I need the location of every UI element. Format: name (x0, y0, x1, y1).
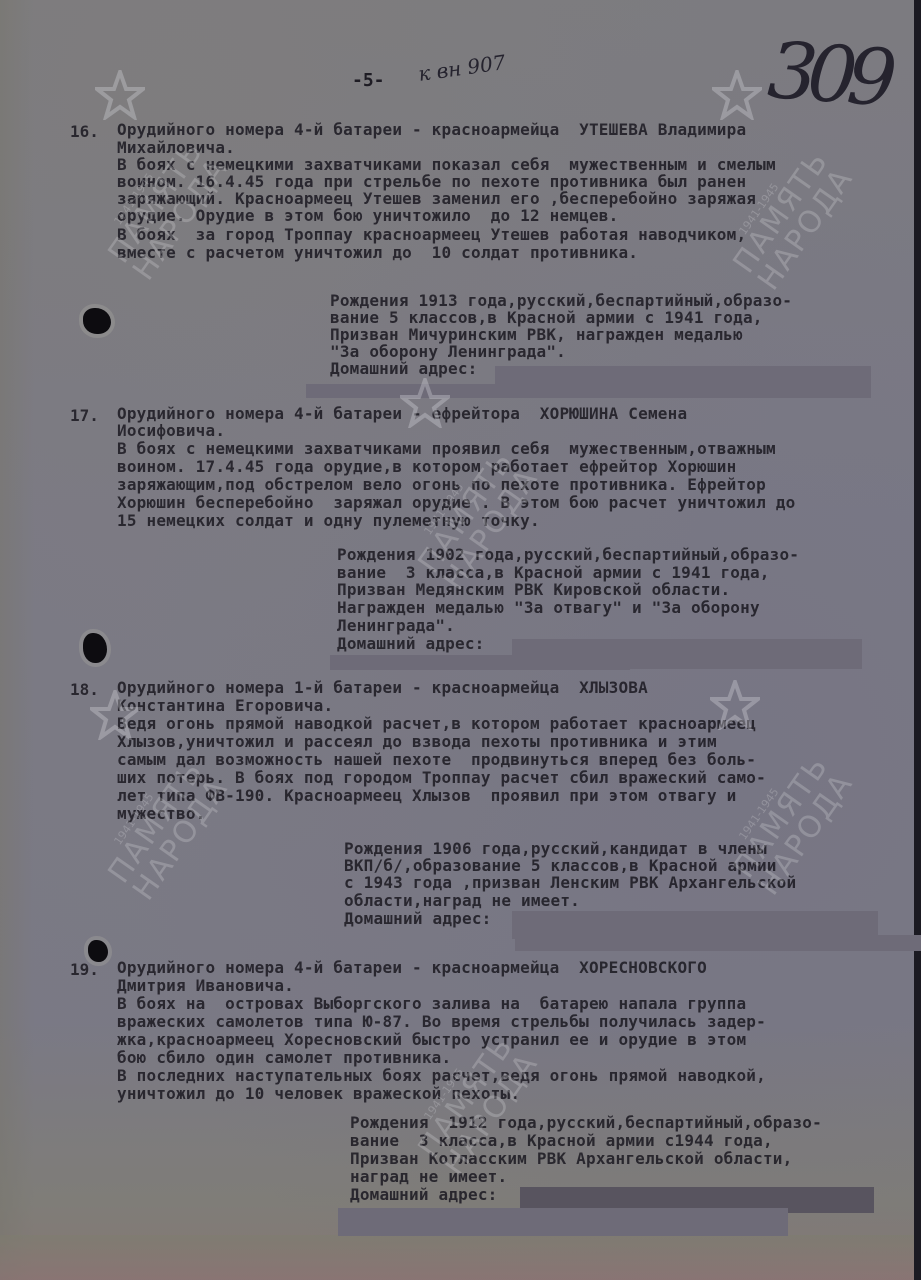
entry-body-line: Ведя огонь прямой наводкой расчет,в кото… (117, 716, 756, 733)
entry-body-line: В боях с немецкими захватчиками проявил … (117, 441, 776, 458)
entry-number: 17. (70, 406, 99, 425)
entry-header-line: Иосифовича. (117, 423, 225, 440)
entry-header-line: Дмитрия Ивановича. (117, 978, 294, 995)
page-bottom-stain (0, 1235, 914, 1280)
entry-body-line: В боях на островах Выборгского залива на… (117, 996, 746, 1013)
entry-body-line: самым дал возможность нашей пехоте продв… (117, 752, 756, 769)
home-address-label: Домашний адрес: (330, 361, 478, 378)
star-icon (400, 378, 450, 428)
entry-header-line: Орудийного номера 4-й батареи - красноар… (117, 122, 746, 139)
entry-bio-line: Призван Котласским РВК Архангельской обл… (350, 1151, 792, 1168)
entry-number: 19. (70, 960, 99, 979)
entry-body-line: В боях за город Троппау красноармеец Уте… (117, 227, 746, 244)
redacted-address (515, 935, 921, 951)
entry-bio-line: Призван Медянским РВК Кировской области. (337, 582, 730, 599)
page-edge-right (914, 0, 921, 1280)
entry-bio-line: области,наград не имеет. (344, 893, 580, 910)
entry-body-line: вражеских самолетов типа Ю-87. Во время … (117, 1014, 766, 1031)
entry-body-line: воином. 17.4.45 года орудие,в котором ра… (117, 459, 736, 476)
entry-header-line: Орудийного номера 1-й батареи - красноар… (117, 680, 648, 697)
entry-body-line: Хлызов,уничтожил и рассеял до взвода пех… (117, 734, 717, 751)
page-marker: -5- (352, 70, 385, 91)
redacted-address (495, 366, 871, 398)
entry-body-line: В последних наступательных боях расчет,в… (117, 1068, 766, 1085)
entry-bio-line: наград не имеет. (350, 1169, 507, 1186)
redacted-address (338, 1208, 788, 1236)
redacted-address (330, 655, 630, 670)
entry-body-line: бою сбило один самолет противника. (117, 1050, 451, 1067)
star-icon (712, 70, 762, 120)
home-address-label: Домашний адрес: (350, 1187, 498, 1204)
star-icon (95, 70, 145, 120)
entry-bio-line: с 1943 года ,призван Ленским РВК Арханге… (344, 875, 796, 892)
punch-hole (83, 633, 107, 663)
page-shadow-left (0, 0, 34, 1280)
entry-header-line: Орудийного номера 4-й батареи - красноар… (117, 960, 707, 977)
entry-bio-line: Награжден медалью "За отвагу" и "За обор… (337, 600, 760, 617)
entry-header-line: Константина Егоровича. (117, 698, 333, 715)
entry-body-line: заряжающим,под обстрелом вело огонь по п… (117, 477, 766, 494)
entry-number: 16. (70, 122, 99, 141)
entry-bio-line: Ленинграда". (337, 618, 455, 635)
entry-body-line: жка,красноармеец Хоресновский быстро уст… (117, 1032, 746, 1049)
punch-hole (88, 940, 108, 962)
home-address-label: Домашний адрес: (337, 636, 485, 653)
handwritten-page-number: 309 (765, 26, 890, 124)
home-address-label: Домашний адрес: (344, 911, 492, 928)
star-icon (710, 680, 760, 730)
punch-hole (83, 308, 111, 334)
entry-body-line: вместе с расчетом уничтожил до 10 солдат… (117, 245, 638, 262)
star-icon (90, 690, 140, 740)
